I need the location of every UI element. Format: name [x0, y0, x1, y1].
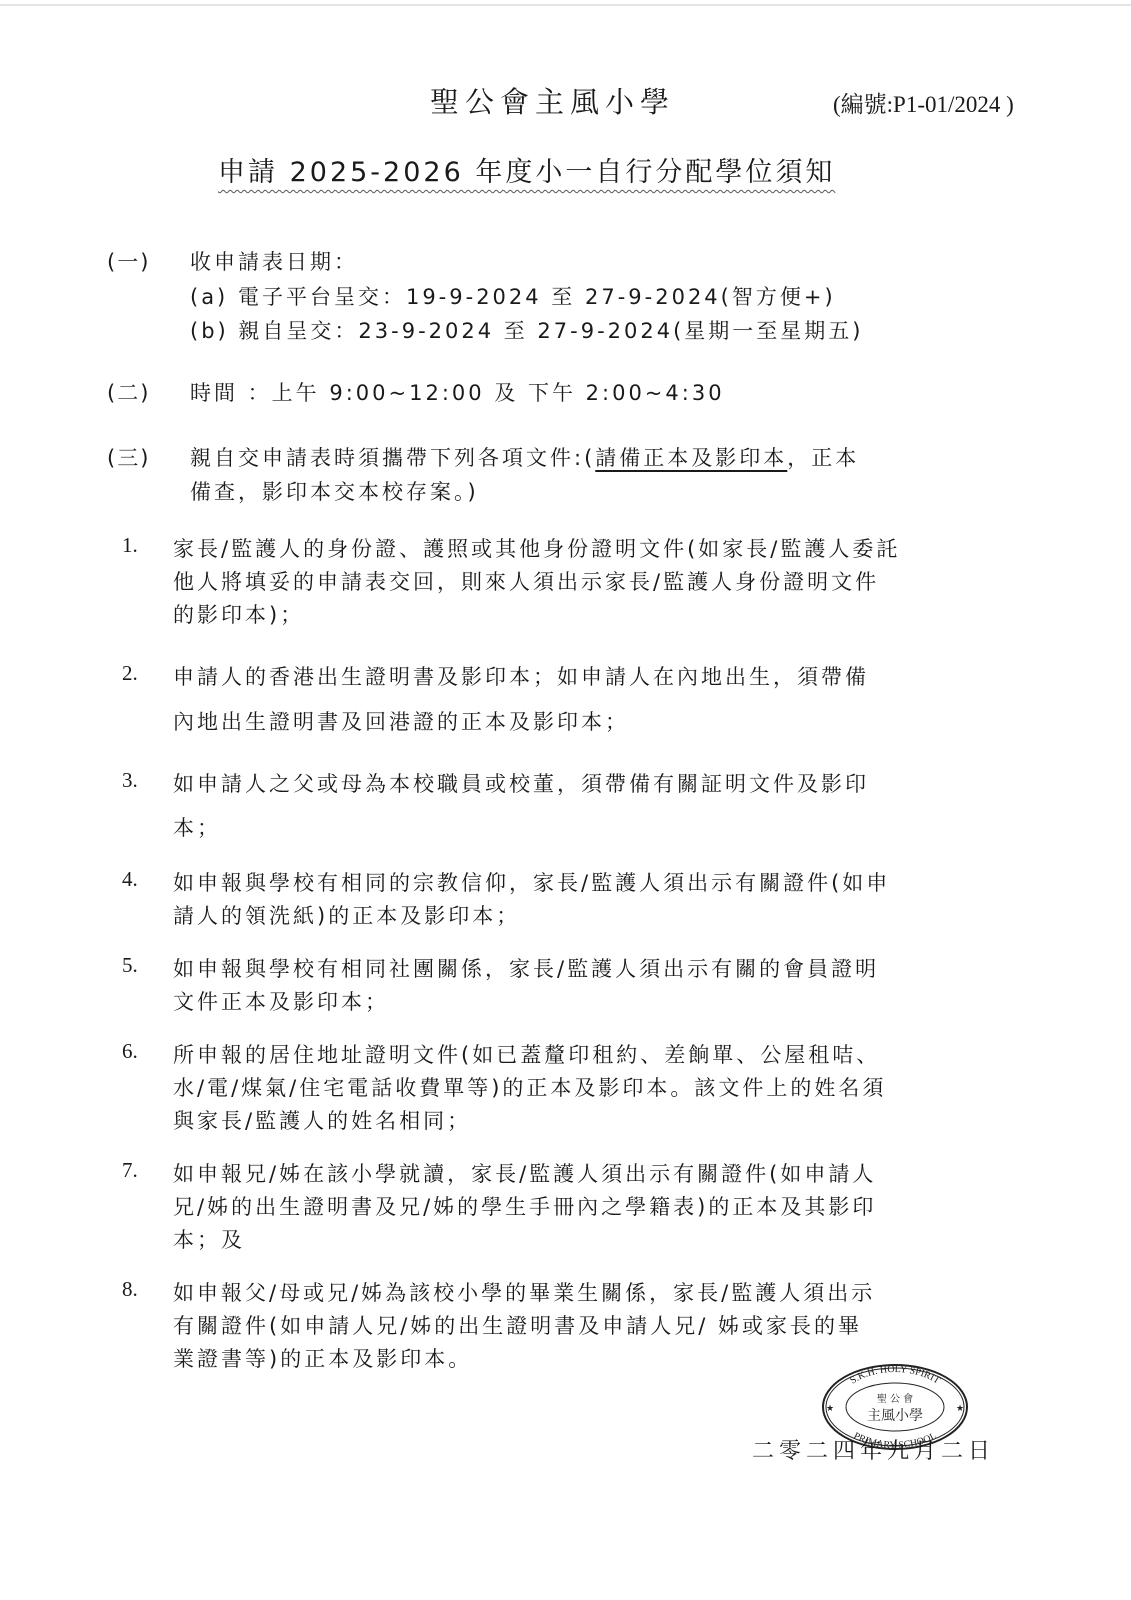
doc-7-line-1: 如申報兄/姊在該小學就讀，家長/監護人須出示有關證件(如申請人 [173, 1158, 876, 1188]
section-2-marker: (二) [107, 377, 150, 407]
svg-text:主風小學: 主風小學 [867, 1408, 923, 1424]
issue-date: 二零二四年九月二日 [752, 1434, 995, 1465]
section-1-heading: 收申請表日期： [190, 246, 358, 276]
doc-7-line-2: 兄/姊的出生證明書及兄/姊的學生手冊內之學籍表)的正本及其影印 [173, 1191, 876, 1221]
doc-6-line-3: 與家長/監護人的姓名相同； [173, 1105, 471, 1135]
doc-4-line-2: 請人的領洗紙)的正本及影印本； [173, 900, 520, 930]
doc-8-line-1: 如申報父/母或兄/姊為該校小學的畢業生關係，家長/監護人須出示 [173, 1277, 875, 1307]
section-1-item-b: (b) 親自呈交：23-9-2024 至 27-9-2024(星期一至星期五) [190, 315, 864, 345]
doc-6-number: 6. [122, 1039, 138, 1064]
doc-3-line-1: 如申請人之父或母為本校職員或校董，須帶備有關証明文件及影印 [173, 768, 869, 798]
doc-5-line-2: 文件正本及影印本； [173, 986, 389, 1016]
doc-5-number: 5. [122, 953, 138, 978]
item-a-label: (a) [190, 285, 228, 309]
doc-4-line-1: 如申報與學校有相同的宗教信仰，家長/監護人須出示有關證件(如申 [173, 867, 890, 897]
section-3-heading-line2: 備查，影印本交本校存案。) [190, 476, 479, 506]
svg-text:★: ★ [956, 1404, 964, 1414]
item-a-text: 電子平台呈交：19-9-2024 至 27-9-2024(智方便+) [238, 285, 836, 309]
doc-2-number: 2. [122, 661, 138, 686]
section-3-marker: (三) [107, 442, 150, 472]
school-name: 聖公會主風小學 [430, 80, 675, 121]
section-3-heading-prefix: 親自交申請表時須攜帶下列各項文件:( [190, 446, 595, 470]
doc-3-line-2: 本； [173, 812, 221, 842]
doc-3-number: 3. [122, 768, 138, 793]
reference-number: (編號:P1-01/2024 ) [833, 86, 1014, 119]
section-3-heading-underlined: 請備正本及影印本 [595, 446, 787, 470]
doc-5-line-1: 如申報與學校有相同社團關係，家長/監護人須出示有關的會員證明 [173, 953, 879, 983]
doc-1-line-1: 家長/監護人的身份證、護照或其他身份證明文件(如家長/監護人委託 [173, 533, 900, 563]
doc-1-line-3: 的影印本)； [173, 599, 304, 629]
doc-8-number: 8. [122, 1277, 138, 1302]
section-1-marker: (一) [107, 246, 150, 276]
page-top-edge [0, 4, 1131, 6]
doc-7-number: 7. [122, 1158, 138, 1183]
item-b-label: (b) [190, 319, 229, 343]
section-3-heading: 親自交申請表時須攜帶下列各項文件:(請備正本及影印本，正本 [190, 442, 859, 472]
doc-6-line-2: 水/電/煤氣/住宅電話收費單等)的正本及影印本。該文件上的姓名須 [173, 1072, 886, 1102]
svg-text:聖 公 會: 聖 公 會 [877, 1392, 913, 1405]
section-3-heading-suffix: ，正本 [787, 446, 859, 470]
item-b-text: 親自呈交：23-9-2024 至 27-9-2024(星期一至星期五) [238, 319, 863, 343]
doc-6-line-1: 所申報的居住地址證明文件(如已蓋釐印租約、差餉單、公屋租咭、 [173, 1039, 880, 1069]
section-2-heading: 時間 ：上午 9:00~12:00 及 下午 2:00~4:30 [190, 377, 725, 407]
section-1-item-a: (a) 電子平台呈交：19-9-2024 至 27-9-2024(智方便+) [190, 281, 836, 311]
doc-8-line-3: 業證書等)的正本及影印本。 [173, 1343, 472, 1373]
doc-1-line-2: 他人將填妥的申請表交回，則來人須出示家長/監護人身份證明文件 [173, 566, 879, 596]
doc-1-number: 1. [122, 533, 138, 558]
doc-4-number: 4. [122, 867, 138, 892]
doc-7-line-3: 本；及 [173, 1224, 245, 1254]
document-title: 申請 2025-2026 年度小一自行分配學位須知 [218, 150, 835, 189]
doc-2-line-1: 申請人的香港出生證明書及影印本；如申請人在內地出生，須帶備 [173, 661, 869, 691]
doc-2-line-2: 內地出生證明書及回港證的正本及影印本； [173, 706, 629, 736]
doc-8-line-2: 有關證件(如申請人兄/姊的出生證明書及申請人兄/ 姊或家長的畢 [173, 1310, 862, 1340]
svg-text:★: ★ [826, 1404, 834, 1414]
